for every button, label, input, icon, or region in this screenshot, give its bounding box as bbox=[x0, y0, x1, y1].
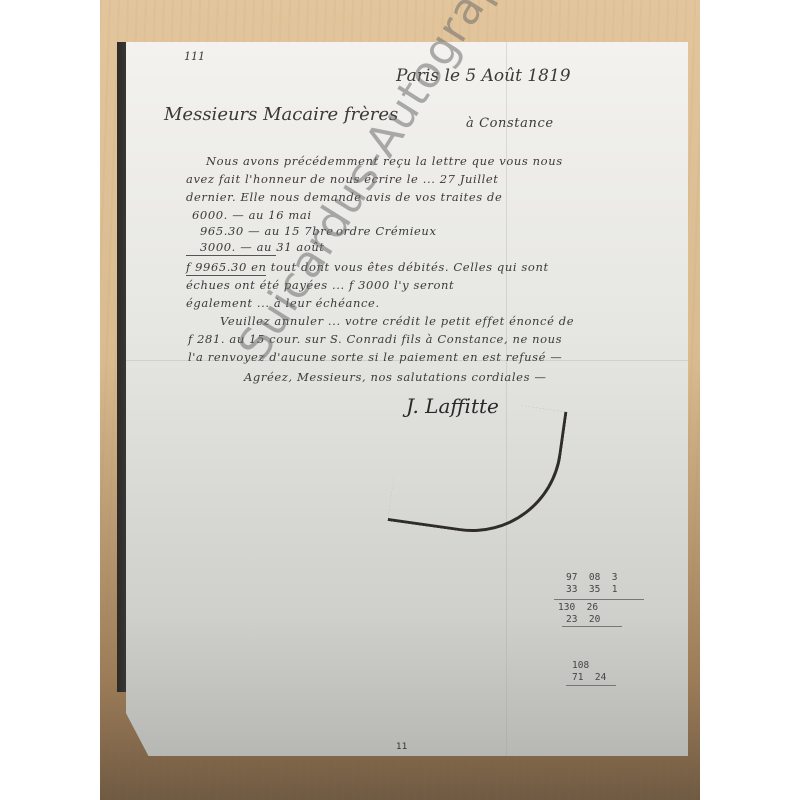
calc-row-6: 71 24 bbox=[572, 672, 606, 683]
total-line: f 9965.30 en tout dont vous êtes débités… bbox=[186, 260, 549, 274]
closing-line: Agréez, Messieurs, nos salutations cordi… bbox=[244, 370, 546, 384]
document-photo: 111 Paris le 5 Août 1819 Messieurs Macai… bbox=[100, 0, 700, 800]
corner-mark: 111 bbox=[184, 50, 205, 63]
sum-rule bbox=[186, 255, 276, 256]
calc-row-3: 130 26 bbox=[558, 602, 598, 613]
calc-rule-3 bbox=[566, 685, 616, 686]
bottom-mark: 11 bbox=[396, 742, 407, 752]
fold-line-vertical bbox=[506, 42, 507, 756]
calc-rule-2 bbox=[562, 626, 622, 627]
calc-row-1: 97 08 3 bbox=[566, 572, 617, 583]
calc-row-5: 108 bbox=[572, 660, 589, 671]
calc-rule-1 bbox=[554, 599, 644, 600]
calc-row-4: 23 20 bbox=[566, 614, 600, 625]
signature-flourish bbox=[388, 389, 568, 543]
amount-1: 6000. — au 16 mai bbox=[192, 208, 312, 222]
salutation: Messieurs Macaire frères bbox=[164, 104, 398, 125]
calc-row-2: 33 35 1 bbox=[566, 584, 617, 595]
destination: à Constance bbox=[466, 116, 554, 131]
total-underline bbox=[186, 275, 266, 276]
